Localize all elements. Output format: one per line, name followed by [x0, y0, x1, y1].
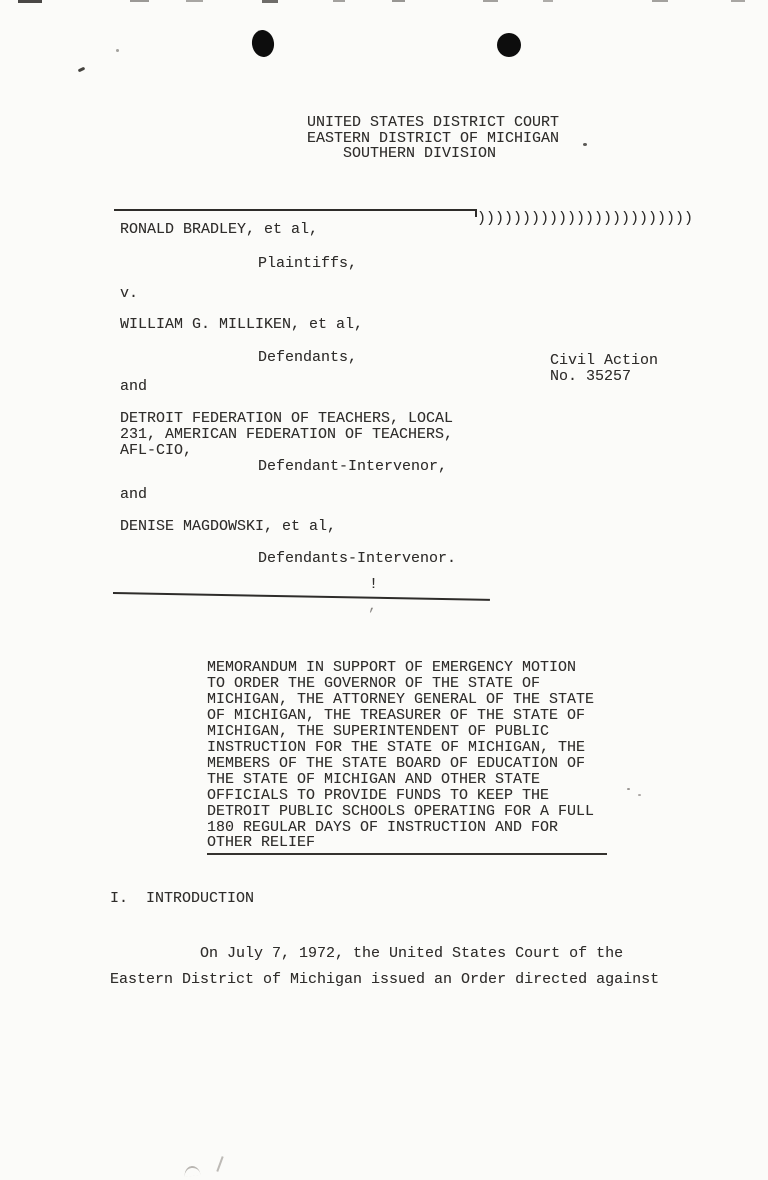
stray-exclamation-mark: !	[369, 577, 378, 593]
scan-speck	[116, 49, 119, 52]
pencil-mark-slash	[216, 1156, 223, 1172]
scan-edge-artifact	[186, 0, 203, 2]
intervenor-1-role: Defendant-Intervenor,	[258, 459, 447, 475]
pencil-mark-curve	[183, 1165, 200, 1177]
conjunction-and-1: and	[120, 379, 147, 395]
hole-punch-right	[497, 33, 521, 57]
hole-punch-left	[250, 29, 276, 59]
scan-edge-artifact	[392, 0, 405, 2]
scan-edge-artifact	[262, 0, 278, 3]
scan-edge-artifact	[483, 0, 498, 2]
scan-speck	[583, 143, 587, 146]
scan-edge-artifact	[333, 0, 345, 2]
scan-speck	[638, 794, 641, 796]
conjunction-and-2: and	[120, 487, 147, 503]
intro-paragraph: On July 7, 1972, the United States Court…	[110, 941, 659, 994]
stray-comma-mark: ,	[368, 599, 377, 615]
intervenor-2-role: Defendants-Intervenor.	[258, 551, 456, 567]
scan-edge-artifact	[652, 0, 668, 2]
defendant-name: WILLIAM G. MILLIKEN, et al,	[120, 317, 363, 333]
plaintiff-name: RONALD BRADLEY, et al,	[120, 222, 318, 238]
defendant-role: Defendants,	[258, 350, 357, 366]
scan-speck	[627, 788, 630, 790]
scan-edge-artifact	[130, 0, 149, 2]
civil-action-number: Civil Action No. 35257	[550, 353, 658, 386]
caption-bottom-rule	[113, 592, 490, 601]
memo-title: MEMORANDUM IN SUPPORT OF EMERGENCY MOTIO…	[207, 660, 607, 855]
scan-edge-artifact	[543, 0, 553, 2]
caption-paren-column: ))))))))))))))))))))))))	[477, 211, 489, 227]
document-page: UNITED STATES DISTRICT COURT EASTERN DIS…	[0, 0, 768, 1180]
scan-speck	[78, 67, 86, 73]
versus-marker: v.	[120, 286, 138, 302]
scan-edge-artifact	[18, 0, 42, 3]
scan-edge-artifact	[731, 0, 745, 2]
intervenor-1-name: DETROIT FEDERATION OF TEACHERS, LOCAL 23…	[120, 411, 453, 459]
intervenor-2-name: DENISE MAGDOWSKI, et al,	[120, 519, 336, 535]
caption-top-rule	[114, 209, 477, 211]
court-header: UNITED STATES DISTRICT COURT EASTERN DIS…	[307, 115, 559, 162]
section-heading-introduction: I. INTRODUCTION	[110, 891, 254, 907]
plaintiff-role: Plaintiffs,	[258, 256, 357, 272]
